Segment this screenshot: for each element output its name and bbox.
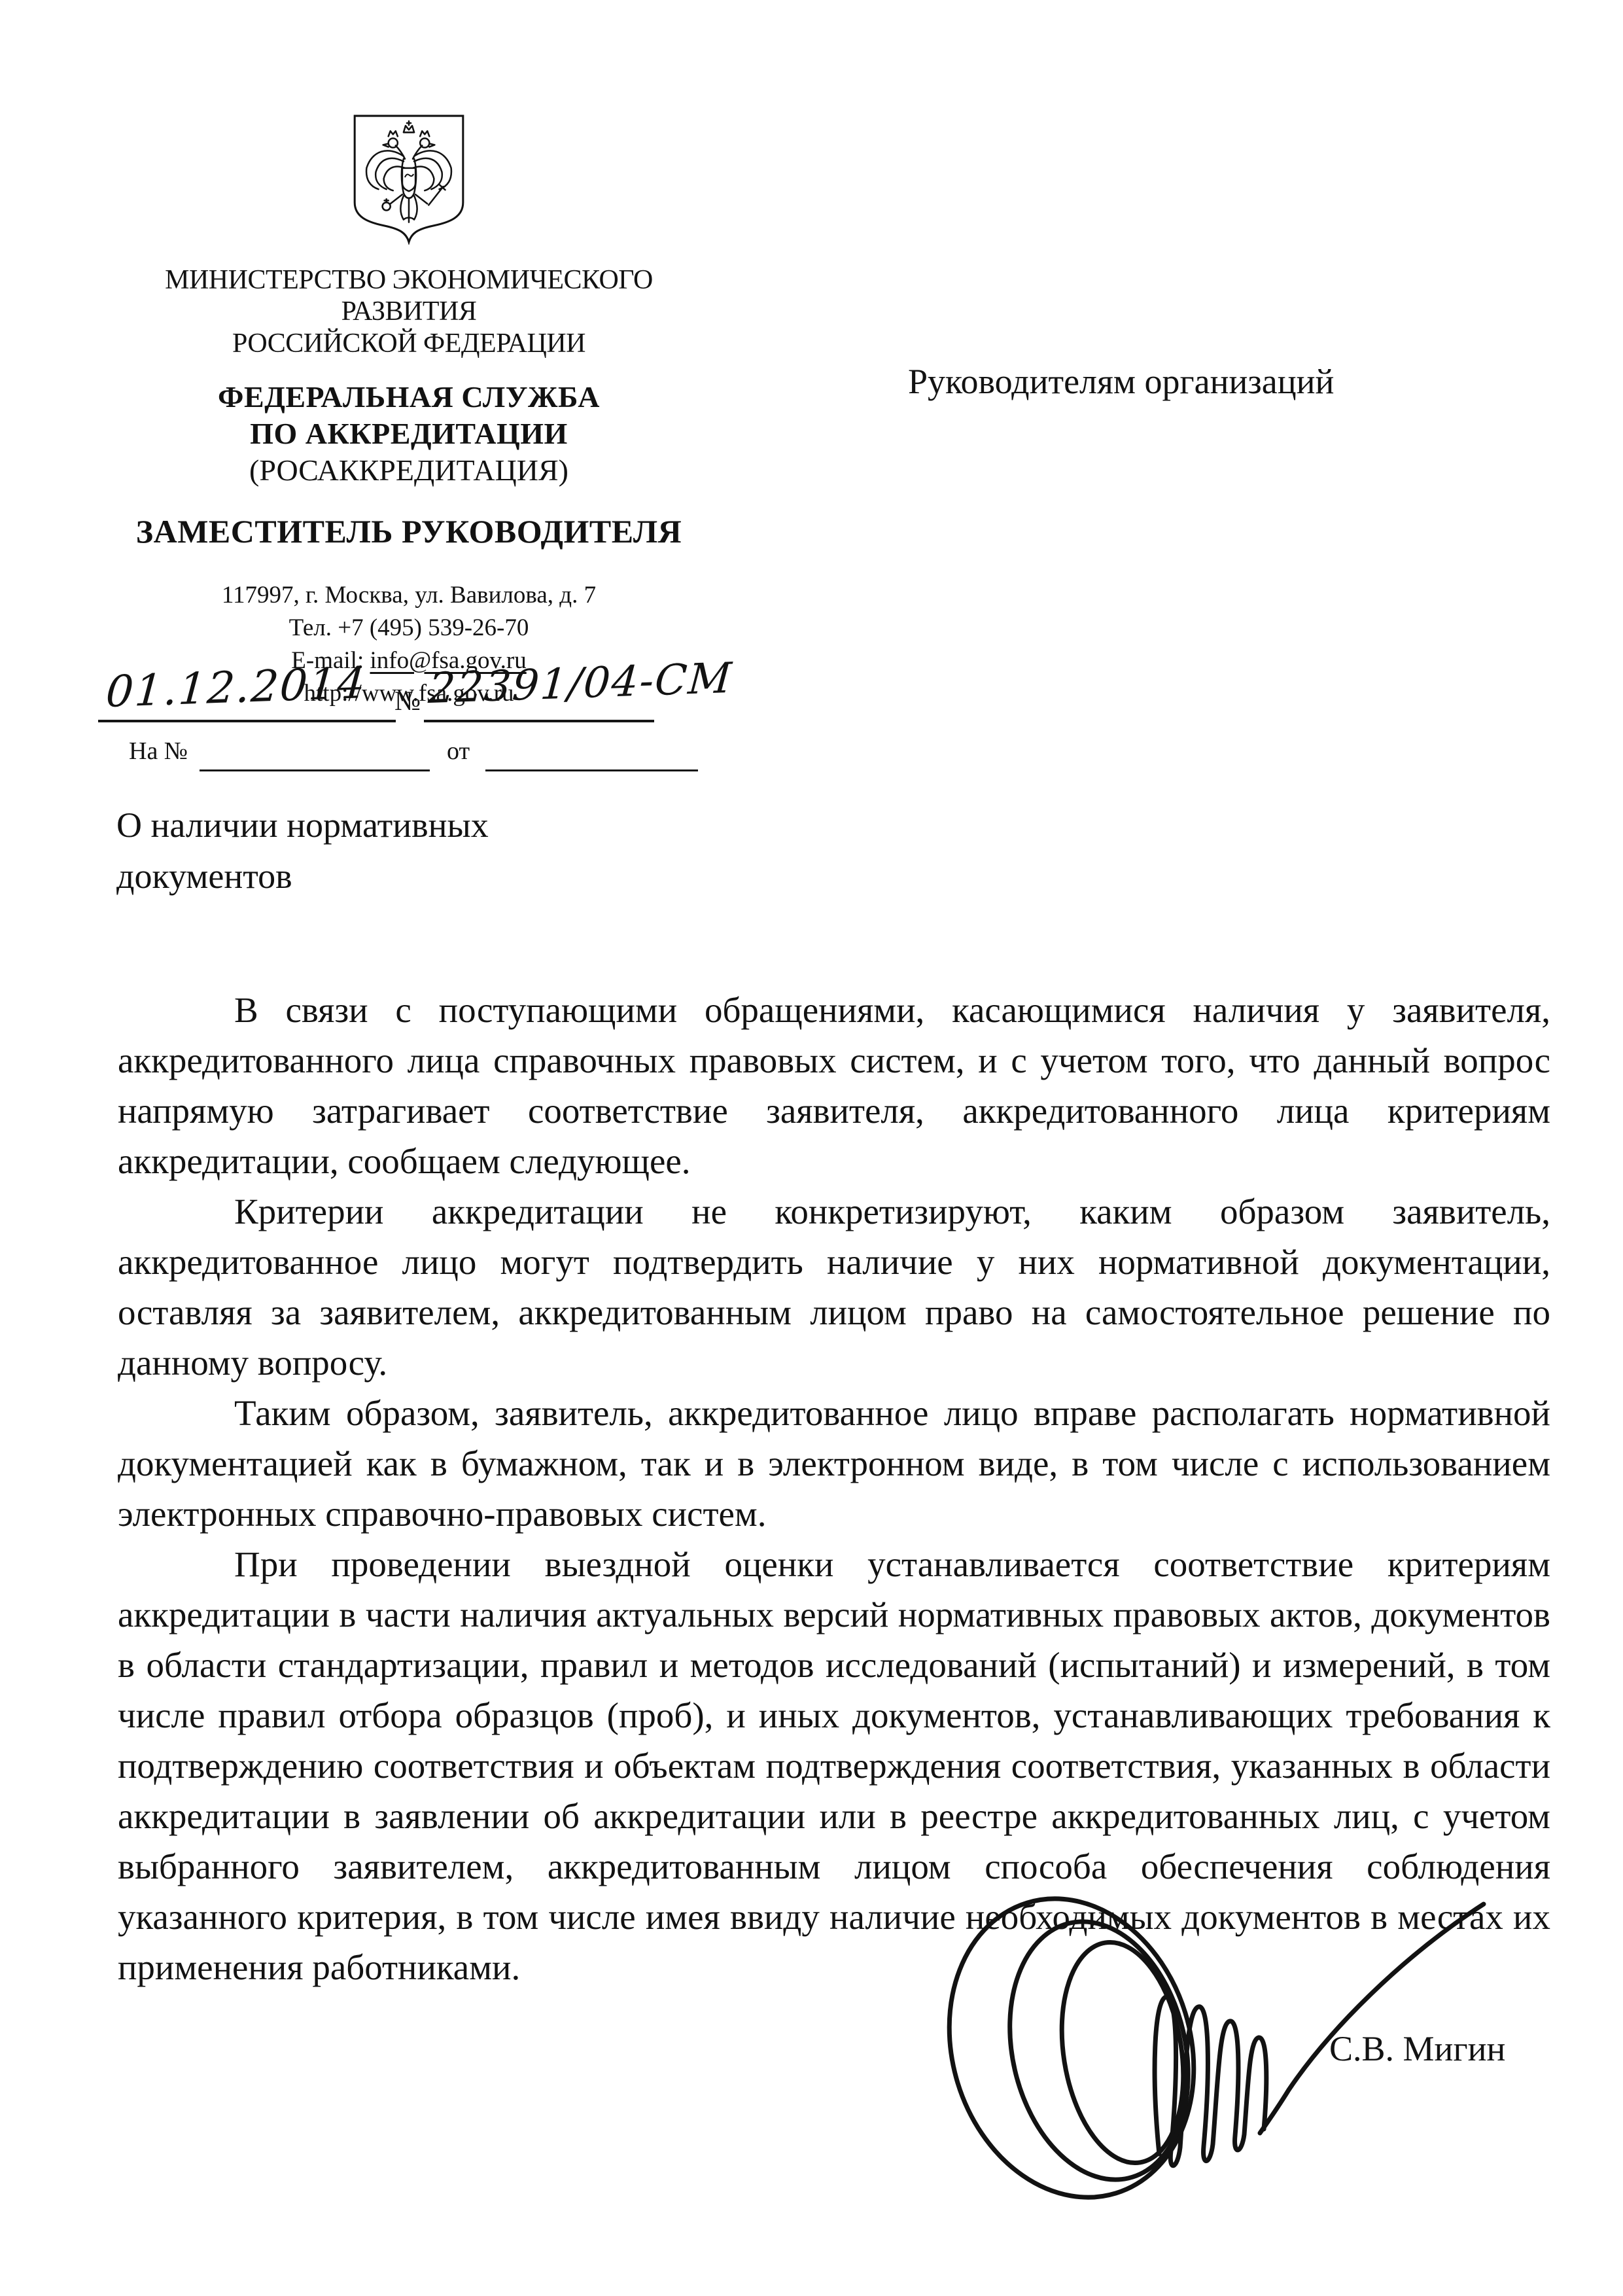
paragraph-3: Таким образом, заявитель, аккредитованно… xyxy=(118,1388,1550,1539)
incoming-date-blank-line xyxy=(485,769,698,771)
signer-name: С.В. Мигин xyxy=(1329,2028,1505,2069)
ministry-name: МИНИСТЕРСТВО ЭКОНОМИЧЕСКОГО РАЗВИТИЯ РОС… xyxy=(98,264,720,359)
agency-name: ФЕДЕРАЛЬНАЯ СЛУЖБА ПО АККРЕДИТАЦИИ (РОСА… xyxy=(98,379,720,489)
incoming-from-label: от xyxy=(447,737,470,766)
ministry-line-1: МИНИСТЕРСТВО ЭКОНОМИЧЕСКОГО РАЗВИТИЯ xyxy=(98,264,720,328)
postal-address: 117997, г. Москва, ул. Вавилова, д. 7 xyxy=(98,579,720,612)
agency-short-name: (РОСАККРЕДИТАЦИЯ) xyxy=(98,452,720,489)
letter-number-value: 22391/04-СМ xyxy=(427,654,735,713)
agency-line-1: ФЕДЕРАЛЬНАЯ СЛУЖБА xyxy=(98,379,720,415)
letterhead: МИНИСТЕРСТВО ЭКОНОМИЧЕСКОГО РАЗВИТИЯ РОС… xyxy=(98,113,720,710)
addressee: Руководителям организаций xyxy=(908,361,1405,402)
incoming-ref-label: На № xyxy=(129,737,188,766)
letter-date-handwritten: 01.12.2014 xyxy=(106,662,366,713)
paragraph-2: Критерии аккредитации не конкретизируют,… xyxy=(118,1186,1550,1388)
russian-coat-of-arms-icon xyxy=(349,113,468,245)
ministry-line-2: РОССИЙСКОЙ ФЕДЕРАЦИИ xyxy=(98,328,720,359)
letter-subject: О наличии нормативных документов xyxy=(116,800,548,902)
paragraph-1: В связи с поступающими обращениями, каса… xyxy=(118,985,1550,1186)
agency-line-2: ПО АККРЕДИТАЦИИ xyxy=(98,415,720,452)
date-blank-line xyxy=(98,720,396,722)
letter-number-handwritten: 22391/04-СМ xyxy=(428,660,733,708)
phone: Тел. +7 (495) 539-26-70 xyxy=(98,612,720,645)
letter-date-value: 01.12.2014 xyxy=(104,658,368,717)
signer-position: ЗАМЕСТИТЕЛЬ РУКОВОДИТЕЛЯ xyxy=(98,512,720,550)
number-sign: № xyxy=(394,686,421,717)
letter-body: В связи с поступающими обращениями, каса… xyxy=(118,985,1550,1992)
scanned-letter-page: МИНИСТЕРСТВО ЭКОНОМИЧЕСКОГО РАЗВИТИЯ РОС… xyxy=(0,0,1623,2296)
incoming-number-blank-line xyxy=(200,769,430,771)
number-blank-line xyxy=(424,720,654,722)
